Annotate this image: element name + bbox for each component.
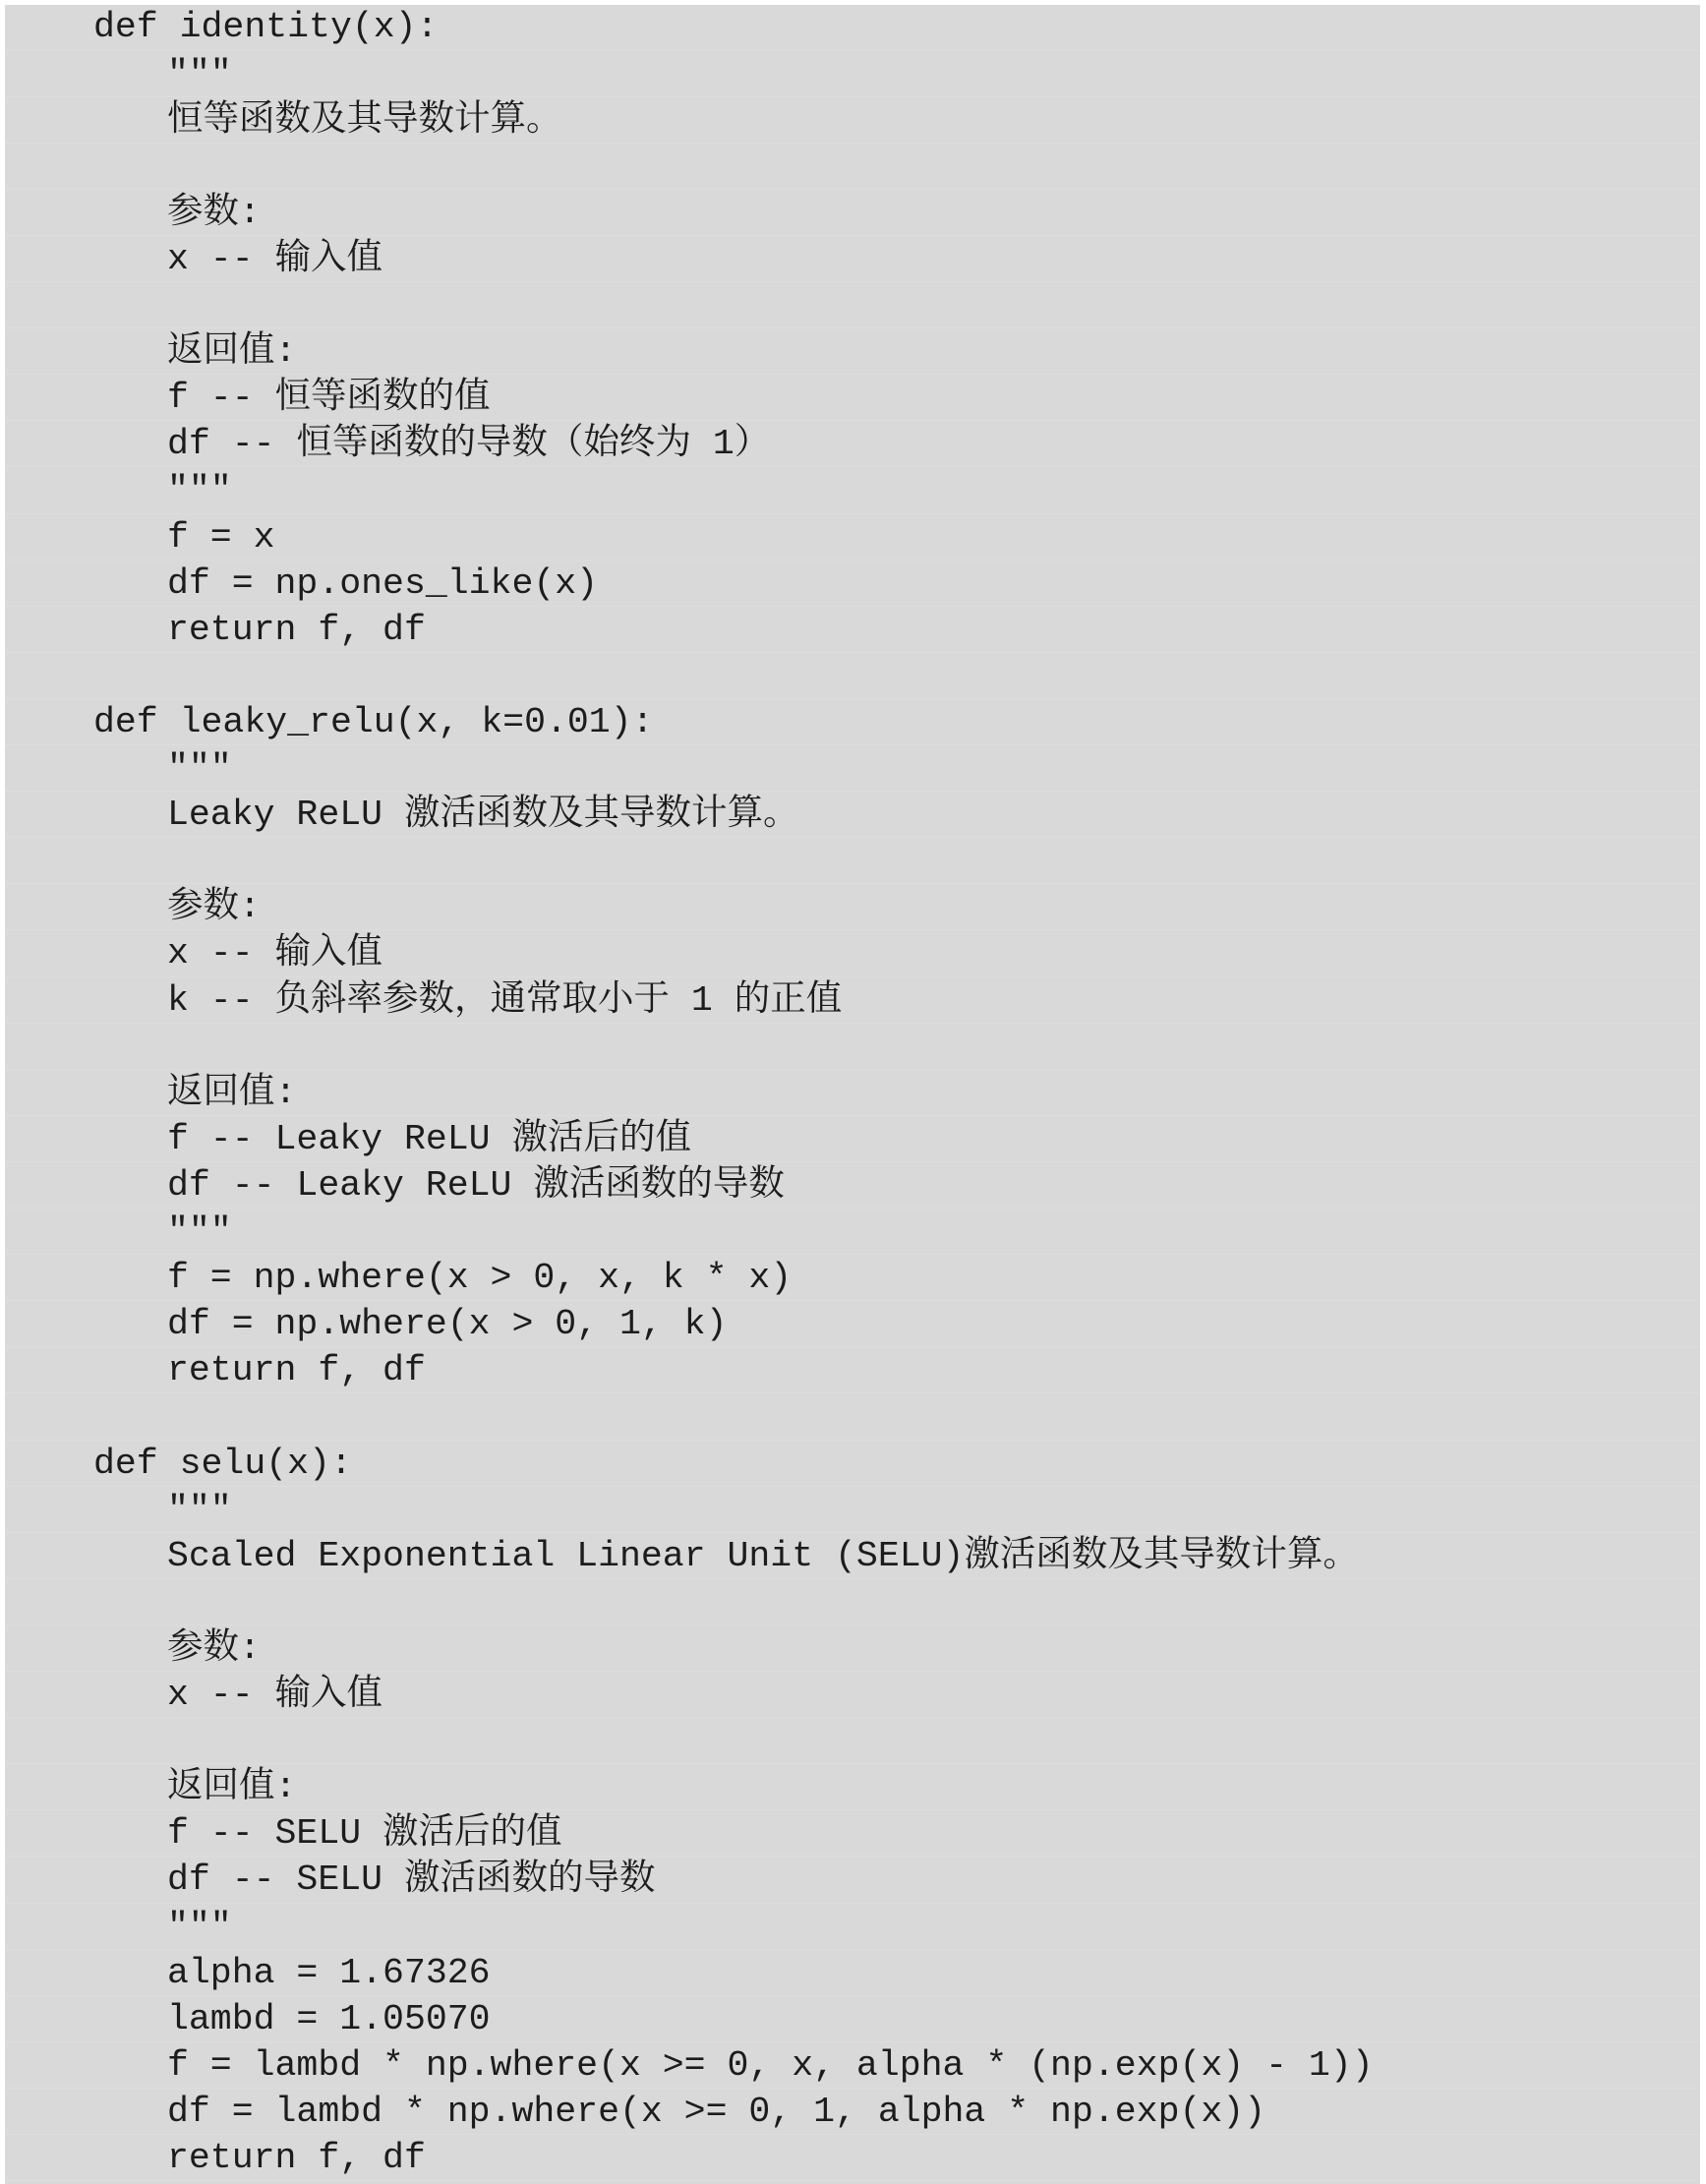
code-line bbox=[5, 1579, 1700, 1625]
code-line-text: f -- Leaky ReLU 激活后的值 bbox=[167, 1116, 691, 1162]
code-line-text: """ bbox=[167, 467, 232, 513]
code-line: x -- 输入值 bbox=[5, 930, 1700, 976]
code-line: Scaled Exponential Linear Unit (SELU)激活函… bbox=[5, 1533, 1700, 1579]
code-line bbox=[5, 1393, 1700, 1440]
code-line-text: Leaky ReLU 激活函数及其导数计算。 bbox=[167, 792, 798, 838]
code-line: def leaky_relu(x, k=0.01): bbox=[5, 699, 1700, 745]
code-line: return f, df bbox=[5, 1347, 1700, 1393]
code-line-text: df -- Leaky ReLU 激活函数的导数 bbox=[167, 1162, 785, 1209]
code-line bbox=[5, 282, 1700, 328]
code-line: df = lambd * np.where(x >= 0, 1, alpha *… bbox=[5, 2089, 1700, 2135]
code-line bbox=[5, 144, 1700, 190]
code-line: f -- SELU 激活后的值 bbox=[5, 1810, 1700, 1857]
code-line: def selu(x): bbox=[5, 1441, 1700, 1487]
code-line-text: 参数: bbox=[167, 1625, 261, 1672]
code-line-text: f = x bbox=[167, 514, 275, 561]
code-line: df -- SELU 激活函数的导数 bbox=[5, 1857, 1700, 1903]
code-line-text: return f, df bbox=[167, 607, 426, 653]
code-block: def identity(x):"""恒等函数及其导数计算。参数:x -- 输入… bbox=[5, 5, 1700, 2184]
code-line: """ bbox=[5, 51, 1700, 97]
code-line bbox=[5, 838, 1700, 884]
code-line-text: 返回值: bbox=[167, 328, 296, 375]
code-line: df -- 恒等函数的导数（始终为 1） bbox=[5, 421, 1700, 467]
code-line: def identity(x): bbox=[5, 4, 1700, 50]
code-line: x -- 输入值 bbox=[5, 236, 1700, 282]
code-line: 恒等函数及其导数计算。 bbox=[5, 97, 1700, 144]
code-line-text: f -- SELU 激活后的值 bbox=[167, 1810, 562, 1857]
code-line: f = x bbox=[5, 514, 1700, 561]
code-line: """ bbox=[5, 1209, 1700, 1255]
code-line-text: 恒等函数及其导数计算。 bbox=[167, 97, 562, 144]
code-line: f -- Leaky ReLU 激活后的值 bbox=[5, 1116, 1700, 1162]
code-line-text: f = lambd * np.where(x >= 0, x, alpha * … bbox=[167, 2042, 1374, 2089]
code-line-text: """ bbox=[167, 1904, 232, 1950]
code-line: f = lambd * np.where(x >= 0, x, alpha * … bbox=[5, 2042, 1700, 2089]
code-line-text: x -- 输入值 bbox=[167, 236, 382, 282]
code-line-text: 返回值: bbox=[167, 1764, 296, 1810]
code-line-text: 参数: bbox=[167, 884, 261, 930]
code-line bbox=[5, 653, 1700, 699]
code-line: """ bbox=[5, 1904, 1700, 1950]
code-line: """ bbox=[5, 745, 1700, 792]
code-line: 返回值: bbox=[5, 1764, 1700, 1810]
code-line-text: """ bbox=[167, 51, 232, 97]
code-line: f = np.where(x > 0, x, k * x) bbox=[5, 1255, 1700, 1301]
code-line-text: def identity(x): bbox=[93, 4, 438, 50]
code-line-text: """ bbox=[167, 1209, 232, 1255]
code-line: lambd = 1.05070 bbox=[5, 1996, 1700, 2042]
code-line-text: return f, df bbox=[167, 2135, 426, 2181]
code-line: f -- 恒等函数的值 bbox=[5, 375, 1700, 421]
code-line-text: 返回值: bbox=[167, 1070, 296, 1116]
code-line-text: 参数: bbox=[167, 190, 261, 236]
code-line: 参数: bbox=[5, 190, 1700, 236]
code-line-text: df -- SELU 激活函数的导数 bbox=[167, 1857, 655, 1903]
code-line: alpha = 1.67326 bbox=[5, 1950, 1700, 1996]
code-line: return f, df bbox=[5, 607, 1700, 653]
code-line: """ bbox=[5, 1487, 1700, 1533]
code-line: df -- Leaky ReLU 激活函数的导数 bbox=[5, 1162, 1700, 1209]
code-line bbox=[5, 1718, 1700, 1764]
code-line-text: x -- 输入值 bbox=[167, 1672, 382, 1718]
code-line-text: f = np.where(x > 0, x, k * x) bbox=[167, 1255, 792, 1301]
code-line-text: df = np.ones_like(x) bbox=[167, 561, 598, 607]
code-line-text: f -- 恒等函数的值 bbox=[167, 375, 491, 421]
code-line-text: df = lambd * np.where(x >= 0, 1, alpha *… bbox=[167, 2089, 1265, 2135]
code-line: 参数: bbox=[5, 1625, 1700, 1672]
code-line-text: df = np.where(x > 0, 1, k) bbox=[167, 1301, 728, 1347]
code-line bbox=[5, 1024, 1700, 1070]
code-line: 参数: bbox=[5, 884, 1700, 930]
code-line-text: def selu(x): bbox=[93, 1441, 352, 1487]
code-line-text: x -- 输入值 bbox=[167, 930, 382, 976]
code-line-text: Scaled Exponential Linear Unit (SELU)激活函… bbox=[167, 1533, 1359, 1579]
code-line: return f, df bbox=[5, 2135, 1700, 2181]
code-line: df = np.where(x > 0, 1, k) bbox=[5, 1301, 1700, 1347]
code-line-text: df -- 恒等函数的导数（始终为 1） bbox=[167, 421, 770, 467]
code-line-text: """ bbox=[167, 1487, 232, 1533]
code-line: """ bbox=[5, 467, 1700, 513]
code-line: df = np.ones_like(x) bbox=[5, 561, 1700, 607]
code-line-text: alpha = 1.67326 bbox=[167, 1950, 491, 1996]
code-line-text: def leaky_relu(x, k=0.01): bbox=[93, 699, 654, 745]
code-line-text: """ bbox=[167, 745, 232, 792]
code-line: 返回值: bbox=[5, 328, 1700, 375]
code-line: k -- 负斜率参数，通常取小于 1 的正值 bbox=[5, 977, 1700, 1024]
code-line: x -- 输入值 bbox=[5, 1672, 1700, 1718]
code-line: 返回值: bbox=[5, 1070, 1700, 1116]
code-line-text: return f, df bbox=[167, 1347, 426, 1393]
code-line-text: k -- 负斜率参数，通常取小于 1 的正值 bbox=[167, 977, 842, 1024]
code-line: Leaky ReLU 激活函数及其导数计算。 bbox=[5, 792, 1700, 838]
code-line-text: lambd = 1.05070 bbox=[167, 1996, 491, 2042]
